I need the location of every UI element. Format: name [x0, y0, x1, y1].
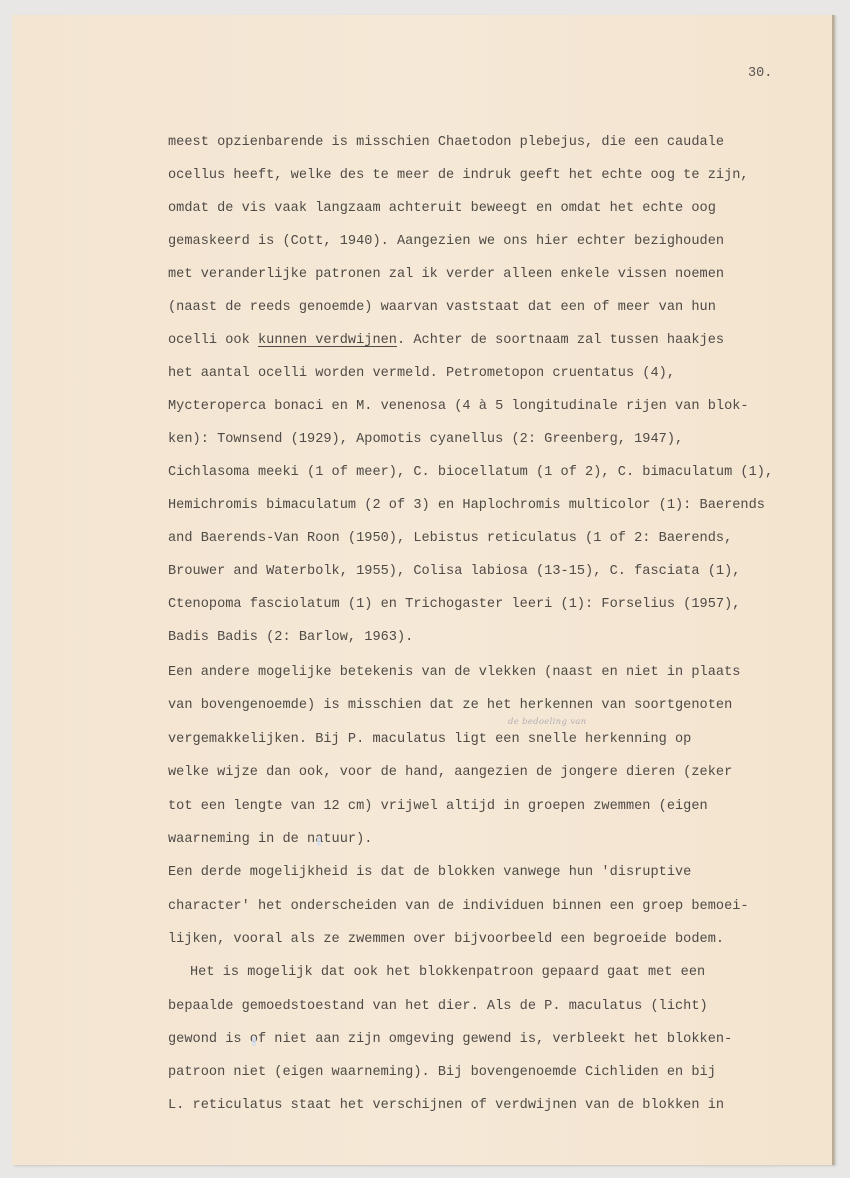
text-line: ken): Townsend (1929), Apomotis cyanellu…: [168, 432, 683, 447]
text-line: omdat de vis vaak langzaam achteruit bew…: [168, 201, 716, 216]
text-line: ocelli ook kunnen verdwijnen. Achter de …: [168, 333, 724, 348]
underlined-phrase: kunnen verdwijnen: [258, 333, 397, 348]
text-line: van bovengenoemde) is misschien dat ze h…: [168, 698, 732, 713]
text-line: Hemichromis bimaculatum (2 of 3) en Hapl…: [168, 498, 765, 513]
text-line: meest opzienbarende is misschien Chaetod…: [168, 135, 724, 150]
page-number: 30.: [748, 66, 772, 81]
text-line: Brouwer and Waterbolk, 1955), Colisa lab…: [168, 564, 740, 579]
text-line: waarneming in de natuur).: [168, 832, 372, 847]
text-line: and Baerends-Van Roon (1950), Lebistus r…: [168, 531, 732, 546]
page-edge: [832, 15, 834, 1165]
text-line: patroon niet (eigen waarneming). Bij bov…: [168, 1065, 716, 1080]
text-line: Badis Badis (2: Barlow, 1963).: [168, 630, 413, 645]
text-line: Ctenopoma fasciolatum (1) en Trichogaste…: [168, 597, 740, 612]
text-line: lijken, vooral als ze zwemmen over bijvo…: [168, 932, 724, 947]
text-line: Een andere mogelijke betekenis van de vl…: [168, 665, 740, 680]
handwritten-annotation: de bedoeling van: [508, 717, 586, 727]
text-line: met veranderlijke patronen zal ik verder…: [168, 267, 724, 282]
text-line: welke wijze dan ook, voor de hand, aange…: [168, 765, 732, 780]
text-line: gemaskeerd is (Cott, 1940). Aangezien we…: [168, 234, 724, 249]
text-line: Het is mogelijk dat ook het blokkenpatro…: [190, 965, 705, 980]
text-line: tot een lengte van 12 cm) vrijwel altijd…: [168, 799, 708, 814]
text-line: vergemakkelijken. Bij P. maculatus ligt …: [168, 732, 691, 747]
text-segment: ocelli ook: [168, 333, 258, 348]
document-page: [12, 15, 834, 1165]
text-line: bepaalde gemoedstoestand van het dier. A…: [168, 999, 708, 1014]
text-line: L. reticulatus staat het verschijnen of …: [168, 1098, 724, 1113]
text-line: (naast de reeds genoemde) waarvan vastst…: [168, 300, 716, 315]
text-line: Mycteroperca bonaci en M. venenosa (4 à …: [168, 399, 749, 414]
correction-mark: [317, 837, 321, 846]
text-line: Cichlasoma meeki (1 of meer), C. biocell…: [168, 465, 773, 480]
text-line: het aantal ocelli worden vermeld. Petrom…: [168, 366, 675, 381]
text-line: character' het onderscheiden van de indi…: [168, 899, 749, 914]
text-segment: . Achter de soortnaam zal tussen haakjes: [397, 333, 724, 348]
correction-mark: [252, 1037, 256, 1046]
text-line: ocellus heeft, welke des te meer de indr…: [168, 168, 749, 183]
text-line: Een derde mogelijkheid is dat de blokken…: [168, 865, 691, 880]
